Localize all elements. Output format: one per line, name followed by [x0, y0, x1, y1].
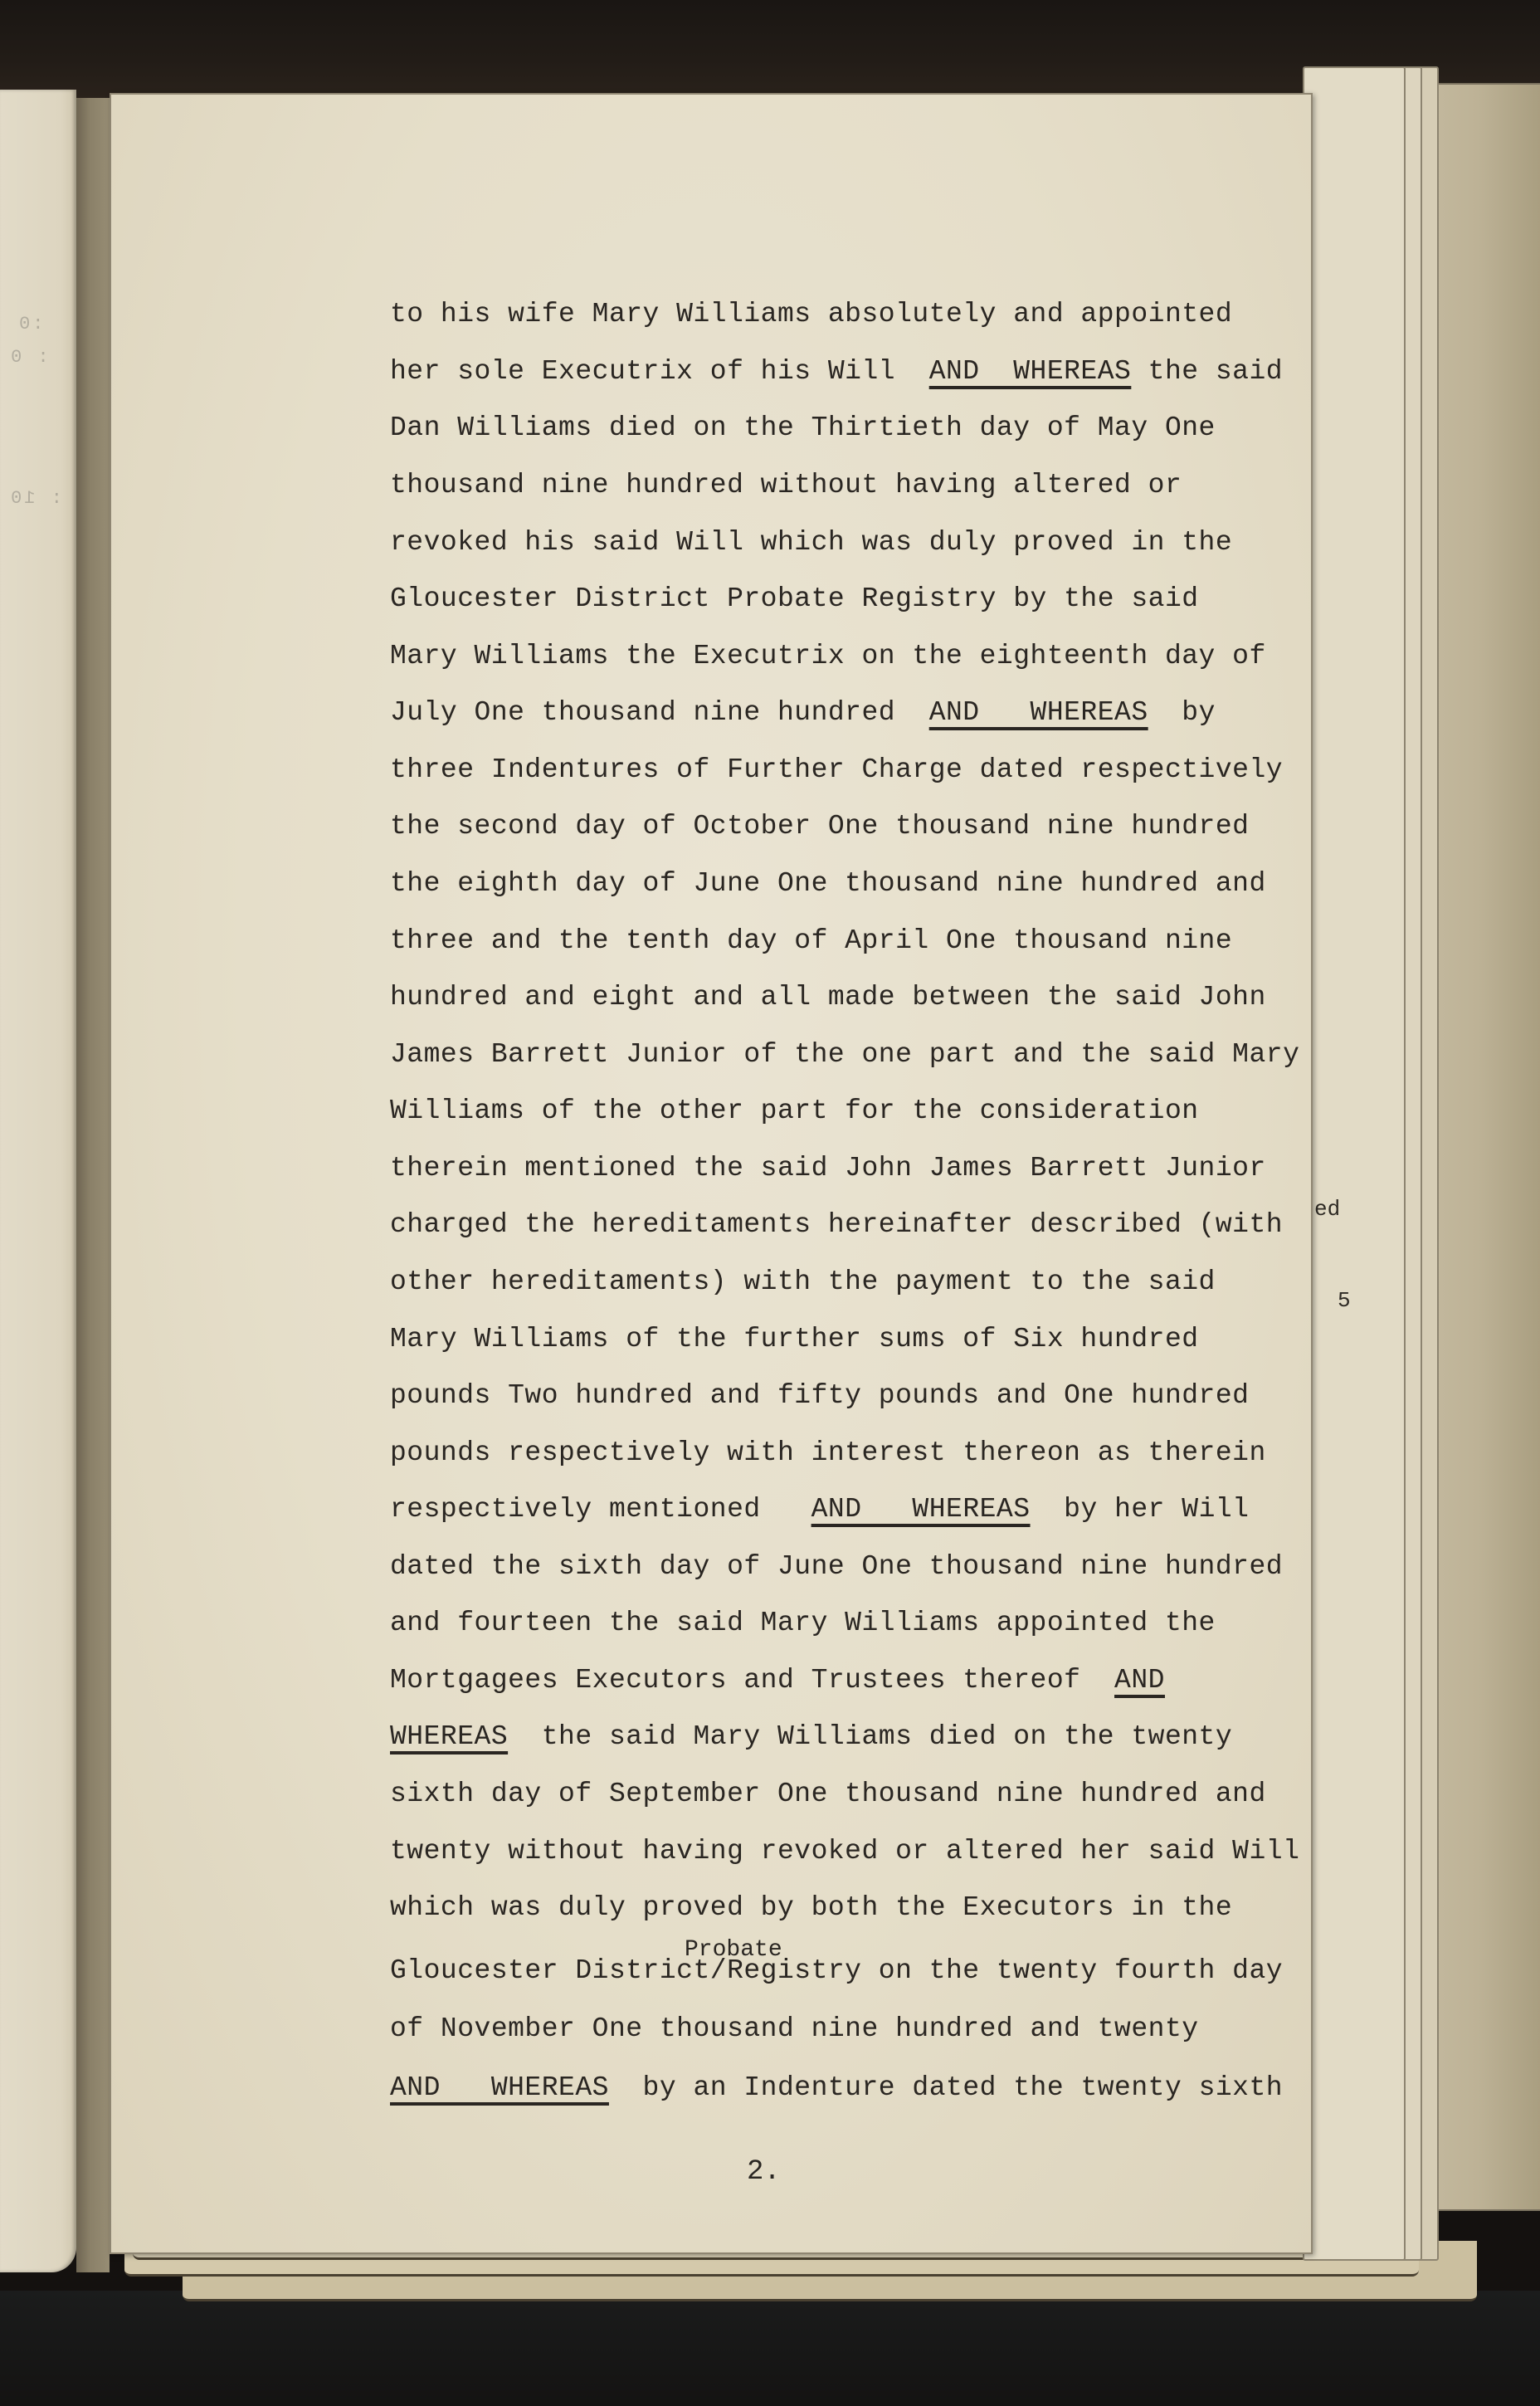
bleed-through-text: : 0: [8, 347, 49, 368]
text-line: twenty without having revoked or altered…: [390, 1836, 1299, 1867]
left-facing-page: :0 : 0 : 10: [0, 90, 76, 2272]
whereas-heading: WHEREAS: [390, 1721, 508, 1752]
and-whereas-heading: AND WHEREAS: [811, 1494, 1031, 1525]
text-line: revoked his said Will which was duly pro…: [390, 527, 1232, 558]
text-line: dated the sixth day of June One thousand…: [390, 1551, 1283, 1582]
text-line: thousand nine hundred without having alt…: [390, 470, 1182, 500]
text-line: pounds Two hundred and fifty pounds and …: [390, 1380, 1249, 1411]
text-line: the second day of October One thousand n…: [390, 811, 1249, 842]
text-line: Gloucester District Probate Registry by …: [390, 583, 1199, 614]
text-line: hundred and eight and all made between t…: [390, 982, 1266, 1013]
text-line: therein mentioned the said John James Ba…: [390, 1153, 1266, 1183]
text-line: Gloucester District/Registry on the twen…: [390, 1955, 1283, 1986]
book-gutter: [76, 98, 110, 2272]
text-line: AND WHEREAS by an Indenture dated the tw…: [390, 2072, 1283, 2103]
text-line: Mary Williams of the further sums of Six…: [390, 1324, 1199, 1354]
text-line: WHEREAS the said Mary Williams died on t…: [390, 1721, 1232, 1752]
text-line: which was duly proved by both the Execut…: [390, 1892, 1232, 1923]
and-whereas-heading: AND WHEREAS: [390, 2072, 609, 2103]
underlying-page-text: 5: [1338, 1288, 1351, 1313]
text-line: James Barrett Junior of the one part and…: [390, 1039, 1299, 1070]
desk-background-bottom: [0, 2291, 1540, 2406]
bleed-through-text: :0: [17, 314, 43, 334]
and-heading: AND: [1114, 1665, 1165, 1696]
text-line: her sole Executrix of his Will AND WHERE…: [390, 356, 1283, 387]
text-line: July One thousand nine hundred AND WHERE…: [390, 697, 1216, 728]
page-stack-edge: ed 5: [1303, 66, 1406, 2261]
text-line: Mortgagees Executors and Trustees thereo…: [390, 1665, 1165, 1696]
underlying-page-text: ed: [1314, 1197, 1340, 1222]
text-line: Mary Williams the Executrix on the eight…: [390, 641, 1266, 671]
page-number: 2.: [747, 2156, 781, 2188]
text-line: charged the hereditaments hereinafter de…: [390, 1209, 1283, 1240]
bleed-through-text: : 10: [8, 488, 62, 509]
text-line: Dan Williams died on the Thirtieth day o…: [390, 412, 1216, 443]
text-line: sixth day of September One thousand nine…: [390, 1779, 1266, 1809]
text-line: three Indentures of Further Charge dated…: [390, 754, 1283, 785]
text-line: three and the tenth day of April One tho…: [390, 925, 1232, 956]
text-line: respectively mentioned AND WHEREAS by he…: [390, 1494, 1250, 1525]
and-whereas-heading: AND WHEREAS: [929, 356, 1132, 387]
text-line: and fourteen the said Mary Williams appo…: [390, 1608, 1216, 1638]
text-line: the eighth day of June One thousand nine…: [390, 868, 1266, 899]
text-line: pounds respectively with interest thereo…: [390, 1437, 1266, 1468]
text-line: of November One thousand nine hundred an…: [390, 2013, 1199, 2044]
text-line: other hereditaments) with the payment to…: [390, 1266, 1216, 1297]
text-line: to his wife Mary Williams absolutely and…: [390, 299, 1232, 329]
text-line: Williams of the other part for the consi…: [390, 1096, 1199, 1126]
and-whereas-heading: AND WHEREAS: [929, 697, 1148, 728]
